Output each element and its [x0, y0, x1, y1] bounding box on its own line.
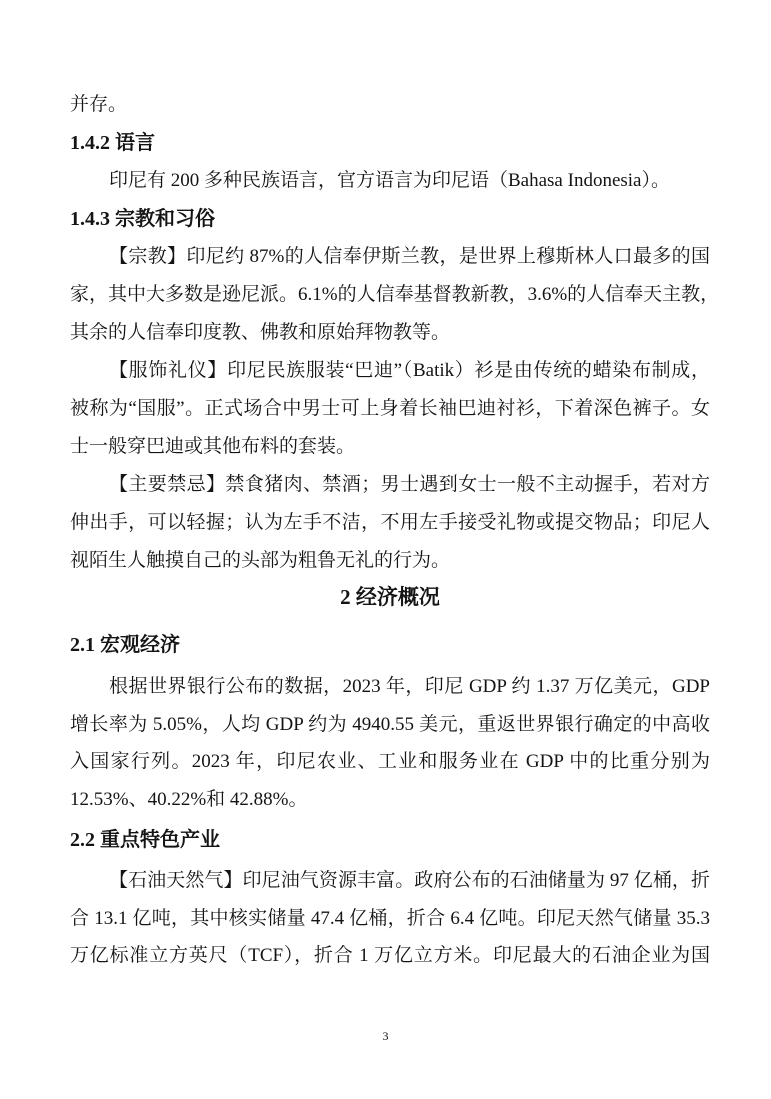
heading-1-4-3-religion-customs: 1.4.3 宗教和习俗 — [70, 200, 710, 238]
text-line: 伸出手，可以轻握；认为左手不洁，不用左手接受礼物或提交物品；印尼人 — [70, 504, 710, 542]
paragraph-macro-economy: 根据世界银行公布的数据，2023 年，印尼 GDP 约 1.37 万亿美元，GD… — [70, 668, 710, 818]
text-line: 12.53%、40.22%和 42.88%。 — [70, 781, 710, 819]
text-line: 【宗教】印尼约 87%的人信奉伊斯兰教，是世界上穆斯林人口最多的国 — [70, 238, 710, 276]
paragraph-religion: 【宗教】印尼约 87%的人信奉伊斯兰教，是世界上穆斯林人口最多的国 家，其中大多… — [70, 238, 710, 352]
text-line: 【石油天然气】印尼油气资源丰富。政府公布的石油储量为 97 亿桶，折 — [70, 862, 710, 900]
paragraph-dress-etiquette: 【服饰礼仪】印尼民族服装“巴迪”（Batik）衫是由传统的蜡染布制成， 被称为“… — [70, 352, 710, 466]
document-page: 并存。 1.4.2 语言 印尼有 200 多种民族语言，官方语言为印尼语（Bah… — [0, 0, 771, 1099]
text-line: 士一般穿巴迪或其他布料的套装。 — [70, 428, 710, 466]
heading-2-2-key-industries: 2.2 重点特色产业 — [70, 821, 710, 859]
paragraph-languages: 印尼有 200 多种民族语言，官方语言为印尼语（Bahasa Indonesia… — [70, 162, 710, 200]
text-line: 入国家行列。2023 年，印尼农业、工业和服务业在 GDP 中的比重分别为 — [70, 743, 710, 781]
text-line: 印尼有 200 多种民族语言，官方语言为印尼语（Bahasa Indonesia… — [70, 162, 710, 200]
section-heading-economy: 2 经济概况 — [70, 578, 710, 616]
text-line: 视陌生人触摸自己的头部为粗鲁无礼的行为。 — [70, 542, 710, 580]
heading-1-4-2-language: 1.4.2 语言 — [70, 124, 710, 162]
page-number: 3 — [0, 1028, 771, 1044]
paragraph-continuation: 并存。 — [70, 86, 710, 124]
text-line: 【服饰礼仪】印尼民族服装“巴迪”（Batik）衫是由传统的蜡染布制成， — [70, 352, 710, 390]
text-line: 【主要禁忌】禁食猪肉、禁酒；男士遇到女士一般不主动握手，若对方 — [70, 466, 710, 504]
text-line: 根据世界银行公布的数据，2023 年，印尼 GDP 约 1.37 万亿美元，GD… — [70, 668, 710, 706]
text-line: 家，其中大多数是逊尼派。6.1%的人信奉基督教新教，3.6%的人信奉天主教， — [70, 276, 710, 314]
text-line: 被称为“国服”。正式场合中男士可上身着长袖巴迪衬衫，下着深色裤子。女 — [70, 390, 710, 428]
heading-2-1-macro-economy: 2.1 宏观经济 — [70, 626, 710, 664]
text-line: 并存。 — [70, 86, 710, 124]
text-line: 万亿标准立方英尺（TCF），折合 1 万亿立方米。印尼最大的石油企业为国 — [70, 937, 710, 975]
paragraph-oil-gas: 【石油天然气】印尼油气资源丰富。政府公布的石油储量为 97 亿桶，折 合 13.… — [70, 862, 710, 975]
paragraph-taboos: 【主要禁忌】禁食猪肉、禁酒；男士遇到女士一般不主动握手，若对方 伸出手，可以轻握… — [70, 466, 710, 580]
text-line: 合 13.1 亿吨，其中核实储量 47.4 亿桶，折合 6.4 亿吨。印尼天然气… — [70, 900, 710, 938]
text-line: 其余的人信奉印度教、佛教和原始拜物教等。 — [70, 314, 710, 352]
text-line: 增长率为 5.05%，人均 GDP 约为 4940.55 美元，重返世界银行确定… — [70, 706, 710, 744]
